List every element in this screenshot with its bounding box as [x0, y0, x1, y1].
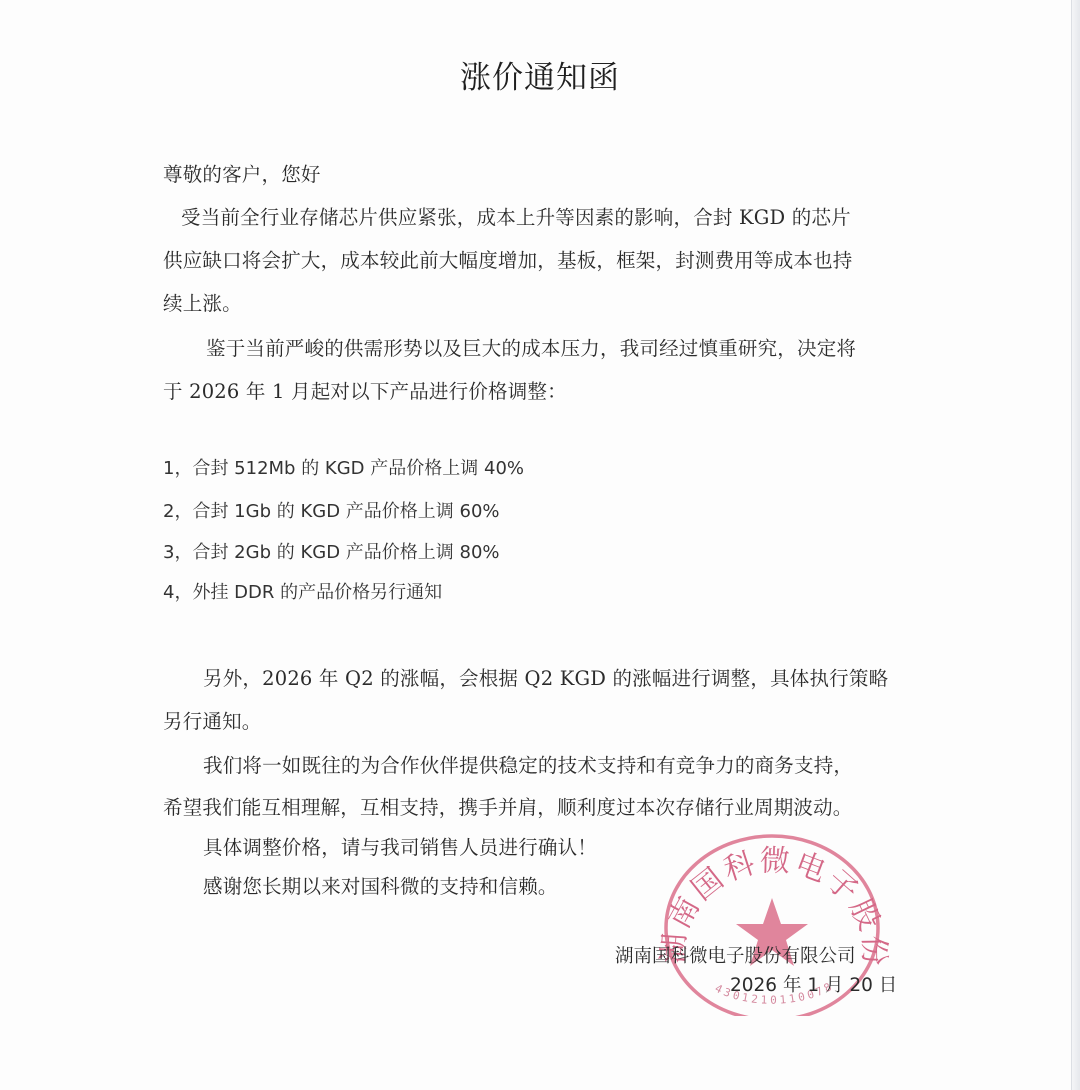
- document-title: 涨价通知函: [0, 52, 1080, 97]
- list-item-index: 2，: [163, 501, 192, 522]
- list-item-text: 合封 1Gb 的 KGD 产品价格上调 60%: [192, 501, 499, 522]
- letter-page: 涨价通知函 尊敬的客户，您好 受当前全行业存储芯片供应紧张，成本上升等因素的影响…: [0, 0, 1080, 1090]
- paragraph-6: 感谢您长期以来对国科微的支持和信赖。: [203, 874, 558, 900]
- paragraph-3-line-2: 另行通知。: [163, 709, 262, 735]
- page-edge: [1071, 0, 1080, 1090]
- paragraph-4-line-1: 我们将一如既往的为合作伙伴提供稳定的技术支持和有竞争力的商务支持，: [203, 753, 853, 779]
- list-item: 2，合封 1Gb 的 KGD 产品价格上调 60%: [163, 499, 500, 525]
- paragraph-2-line-1: 鉴于当前严峻的供需形势以及巨大的成本压力，我司经过慎重研究，决定将: [206, 336, 856, 362]
- signature-date: 2026 年 1 月 20 日: [730, 973, 897, 999]
- list-item-text: 合封 2Gb 的 KGD 产品价格上调 80%: [192, 542, 499, 563]
- paragraph-1-line-3: 续上涨。: [163, 291, 242, 317]
- list-item-index: 3，: [163, 542, 192, 563]
- signature-company: 湖南国科微电子股份有限公司: [615, 944, 856, 970]
- list-item-index: 4，: [163, 582, 192, 603]
- list-item-index: 1，: [163, 458, 192, 479]
- list-item: 1，合封 512Mb 的 KGD 产品价格上调 40%: [163, 456, 524, 482]
- list-item: 4，外挂 DDR 的产品价格另行通知: [163, 580, 442, 606]
- paragraph-5: 具体调整价格，请与我司销售人员进行确认！: [203, 835, 597, 861]
- list-item-text: 合封 512Mb 的 KGD 产品价格上调 40%: [192, 458, 524, 479]
- list-item-text: 外挂 DDR 的产品价格另行通知: [192, 582, 442, 603]
- list-item: 3，合封 2Gb 的 KGD 产品价格上调 80%: [163, 540, 500, 566]
- paragraph-1-line-1: 受当前全行业存储芯片供应紧张，成本上升等因素的影响，合封 KGD 的芯片: [181, 205, 851, 231]
- paragraph-4-line-2: 希望我们能互相理解，互相支持，携手并肩，顺利度过本次存储行业周期波动。: [163, 795, 853, 821]
- paragraph-3-line-1: 另外，2026 年 Q2 的涨幅，会根据 Q2 KGD 的涨幅进行调整，具体执行…: [203, 666, 888, 692]
- salutation: 尊敬的客户，您好: [163, 162, 321, 188]
- paragraph-1-line-2: 供应缺口将会扩大，成本较此前大幅度增加，基板，框架，封测费用等成本也持: [163, 248, 853, 274]
- paragraph-2-line-2: 于 2026 年 1 月起对以下产品进行价格调整：: [163, 379, 567, 405]
